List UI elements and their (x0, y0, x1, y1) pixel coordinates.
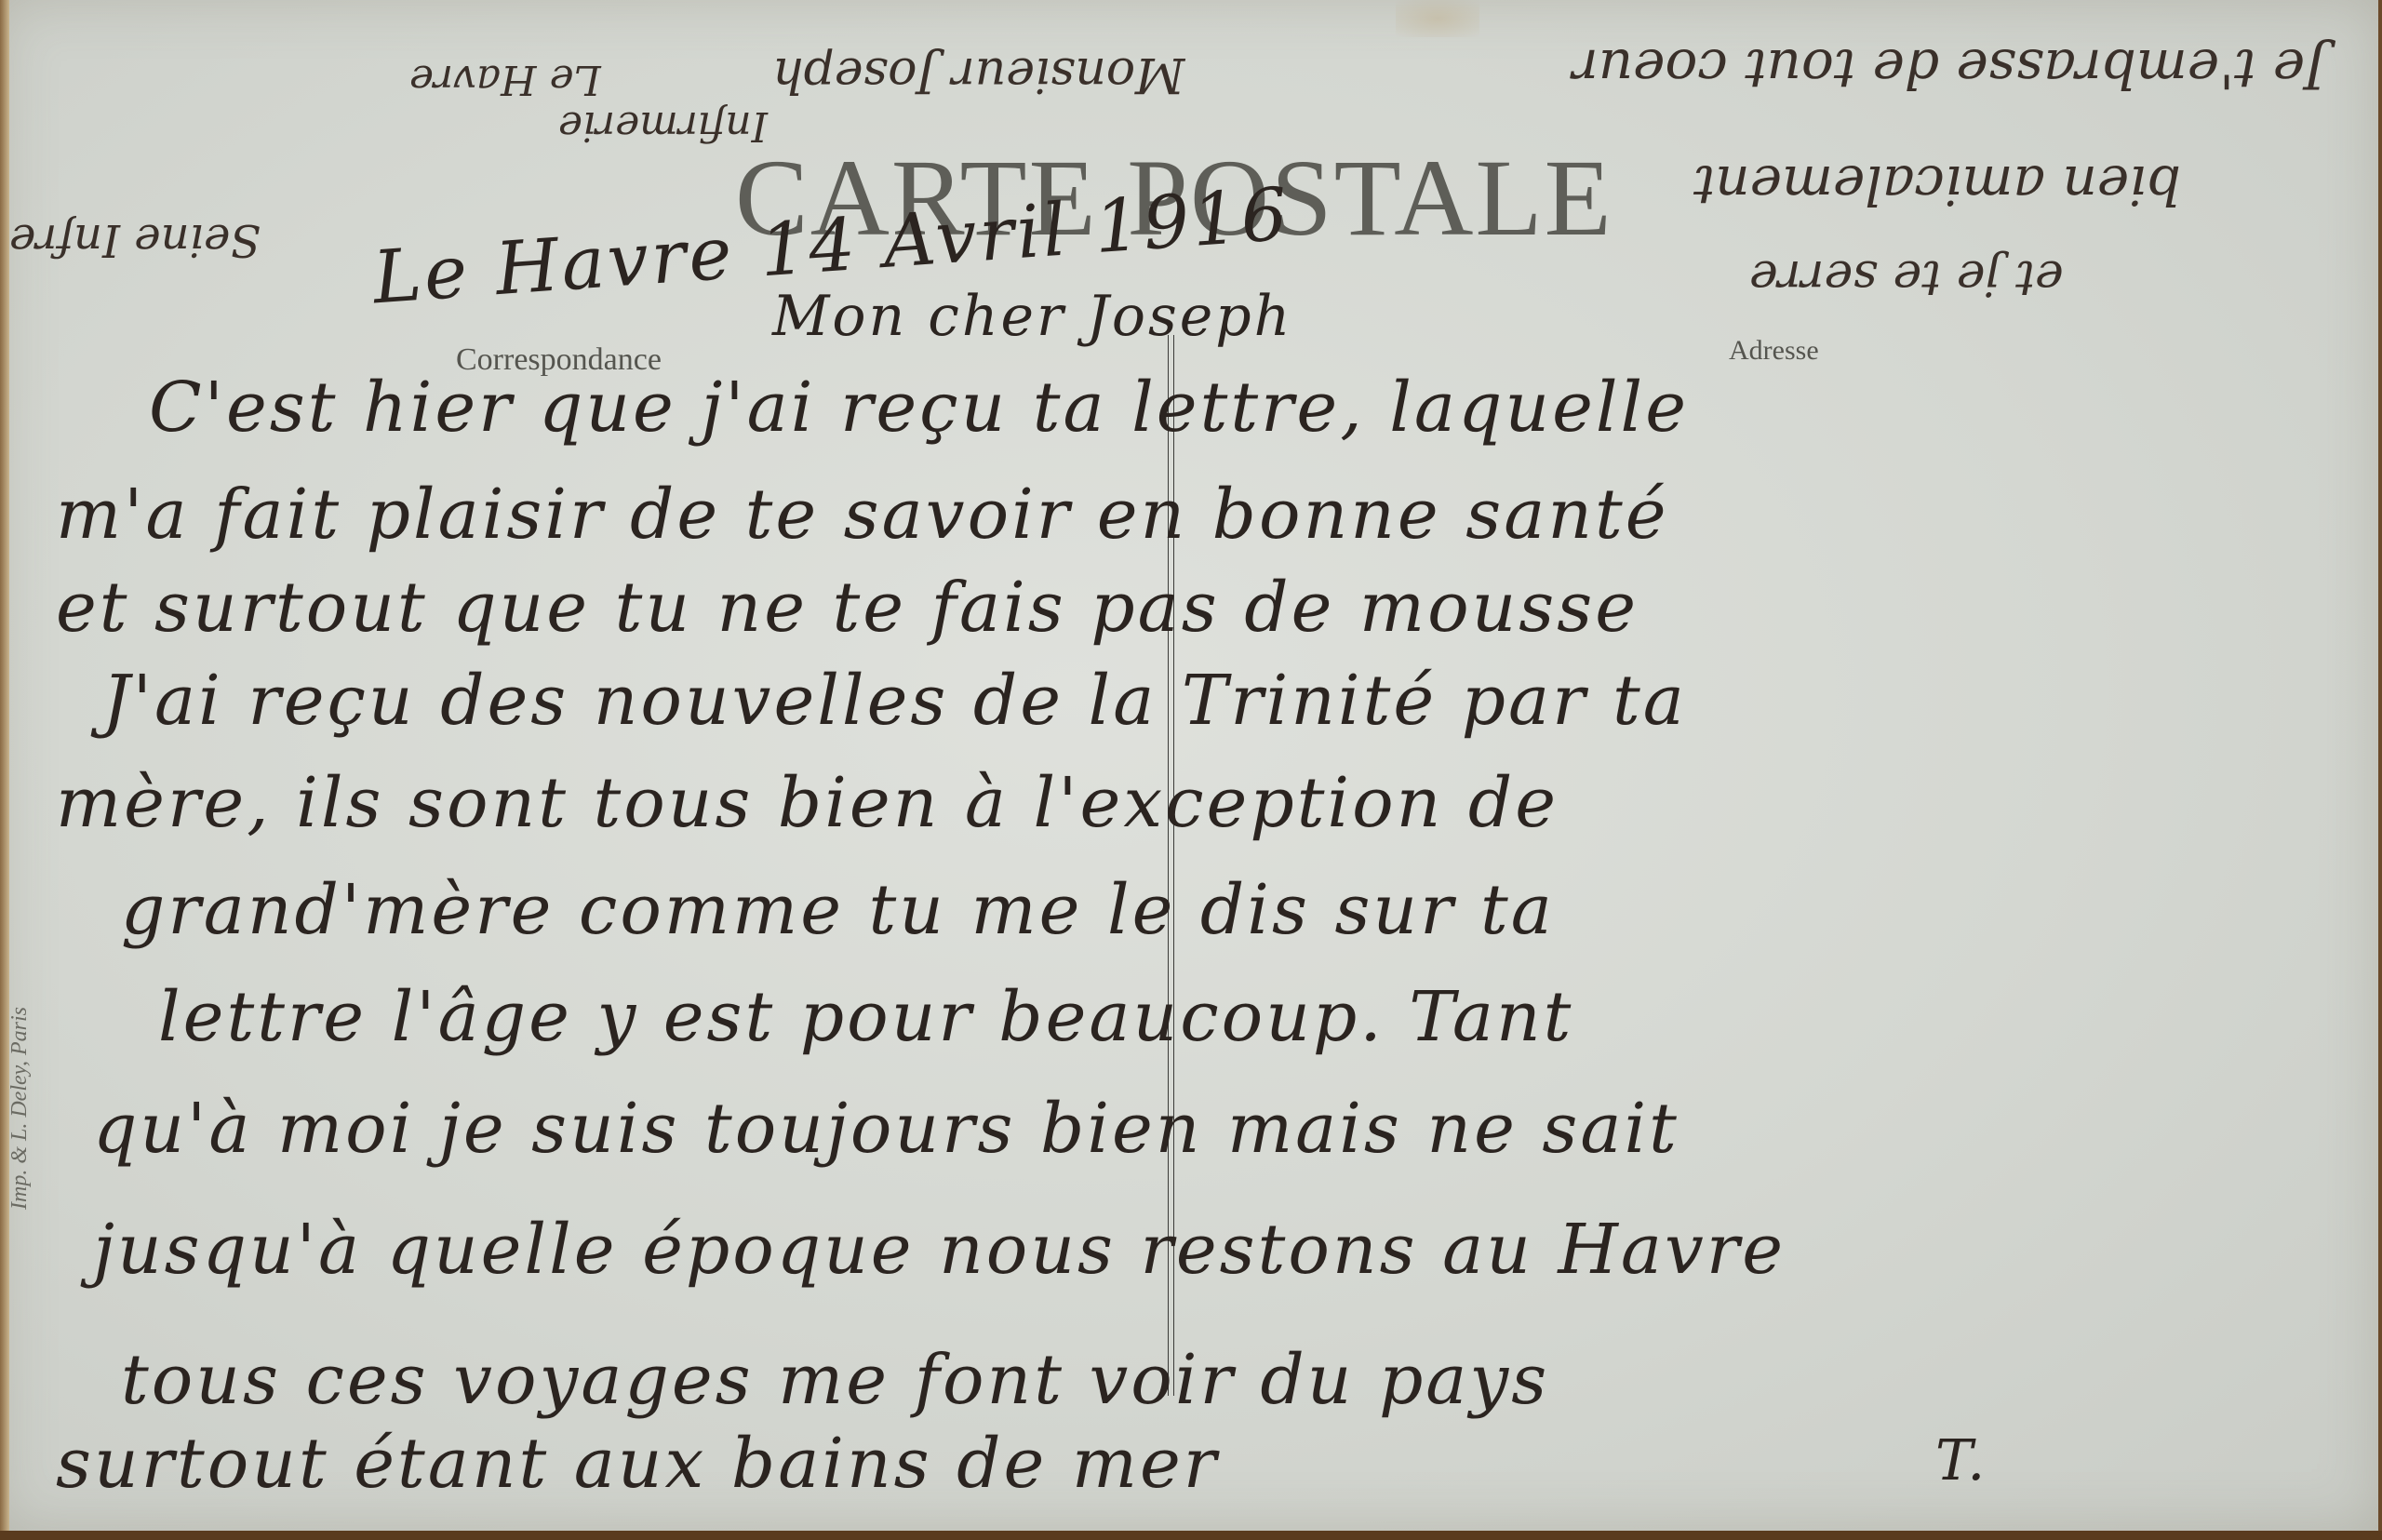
salutation: Mon cher Joseph (772, 284, 1292, 349)
card-left-edge (0, 0, 9, 1540)
body-line-4: J'ai reçu des nouvelles de la Trinité pa… (102, 661, 1687, 741)
upside-note-line-2: bien amicalement (1693, 154, 2181, 217)
body-line-1: C'est hier que j'ai reçu ta lettre, laqu… (149, 368, 1689, 448)
upside-address-line-4: Seine Infre (9, 214, 261, 266)
body-line-5: mère, ils sont tous bien à l'exception d… (56, 763, 1559, 843)
card-bottom-edge (0, 1531, 2382, 1540)
upside-address-line-1: Monsieur Joseph (772, 47, 1184, 102)
upside-address-line-3: Le Havre (409, 56, 601, 103)
body-line-6: grand'mère comme tu me le dis sur ta (121, 870, 1555, 950)
body-line-2: m'a fait plaisir de te savoir en bonne s… (56, 475, 1669, 555)
body-line-10: tous ces voyages me font voir du pays (121, 1340, 1549, 1420)
age-stain (1396, 0, 1479, 37)
postcard-back: CARTE POSTALE Correspondance Adresse Imp… (0, 0, 2378, 1531)
body-line-9: jusqu'à quelle époque nous restons au Ha… (93, 1210, 1786, 1290)
body-line-11: surtout étant aux bains de mer (56, 1424, 1219, 1504)
printer-imprint: Imp. & L. Deley, Paris (7, 1007, 33, 1210)
upside-address-line-2: Infirmerie (558, 102, 768, 150)
body-line-3: et surtout que tu ne te fais pas de mous… (56, 568, 1639, 648)
body-line-8: qu'à moi je suis toujours bien mais ne s… (93, 1089, 1679, 1169)
turn-over-mark: T. (1935, 1428, 1987, 1493)
adresse-label: Adresse (1729, 335, 1819, 367)
upside-note-line-1: Je t'embrasse de tout coeur (1572, 37, 2326, 100)
upside-note-line-3: et je te serre (1749, 249, 2064, 305)
body-line-7: lettre l'âge y est pour beaucoup. Tant (158, 977, 1573, 1057)
